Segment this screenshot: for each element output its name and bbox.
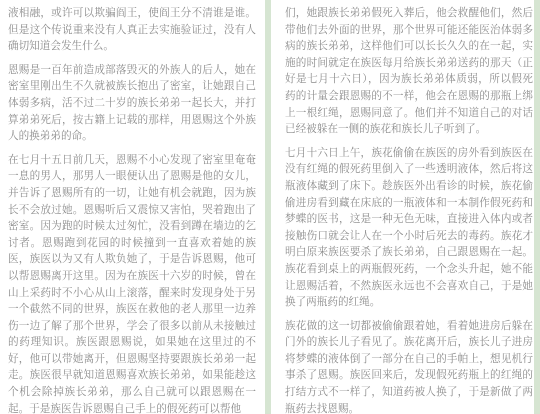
paragraph: 们，她跟族长弟弟假死入葬后，他会救醒他们，然后带他们去外面的世界，那个世界可能还… <box>285 5 533 138</box>
reader-two-page-view: 液相融，或许可以欺骗阎王，使阎王分不清谁是谁。但是这个传说重来没有人真正去实施验… <box>0 0 540 414</box>
paragraph: 恩赐是一百年前造成部落毁灭的外族人的后人，她在密室里刚出生不久就被族长抱出了密室… <box>8 62 256 145</box>
paragraph: 族花做的这一切都被偷偷跟着她，看着她进房后躲在门外的族长儿子看见了。族花离开后，… <box>285 318 533 414</box>
text-column-left[interactable]: 液相融，或许可以欺骗阎王，使阎王分不清谁是谁。但是这个传说重来没有人真正去实施验… <box>8 0 256 414</box>
paragraph: 在七月十五日前几天，恩赐不小心发现了密室里奄奄一息的男人，那男人一眼便认出了恩赐… <box>8 152 256 414</box>
paragraph: 七月十六日上午，族花偷偷在族医的房外看到族医在没有红绳的假死药里倒入了一些透明液… <box>285 145 533 311</box>
page-right-edge-strip <box>534 0 540 414</box>
page-gap-divider <box>265 0 271 414</box>
paragraph: 液相融，或许可以欺骗阎王，使阎王分不清谁是谁。但是这个传说重来没有人真正去实施验… <box>8 5 256 55</box>
text-column-right[interactable]: 们，她跟族长弟弟假死入葬后，他会救醒他们，然后带他们去外面的世界，那个世界可能还… <box>285 0 533 414</box>
